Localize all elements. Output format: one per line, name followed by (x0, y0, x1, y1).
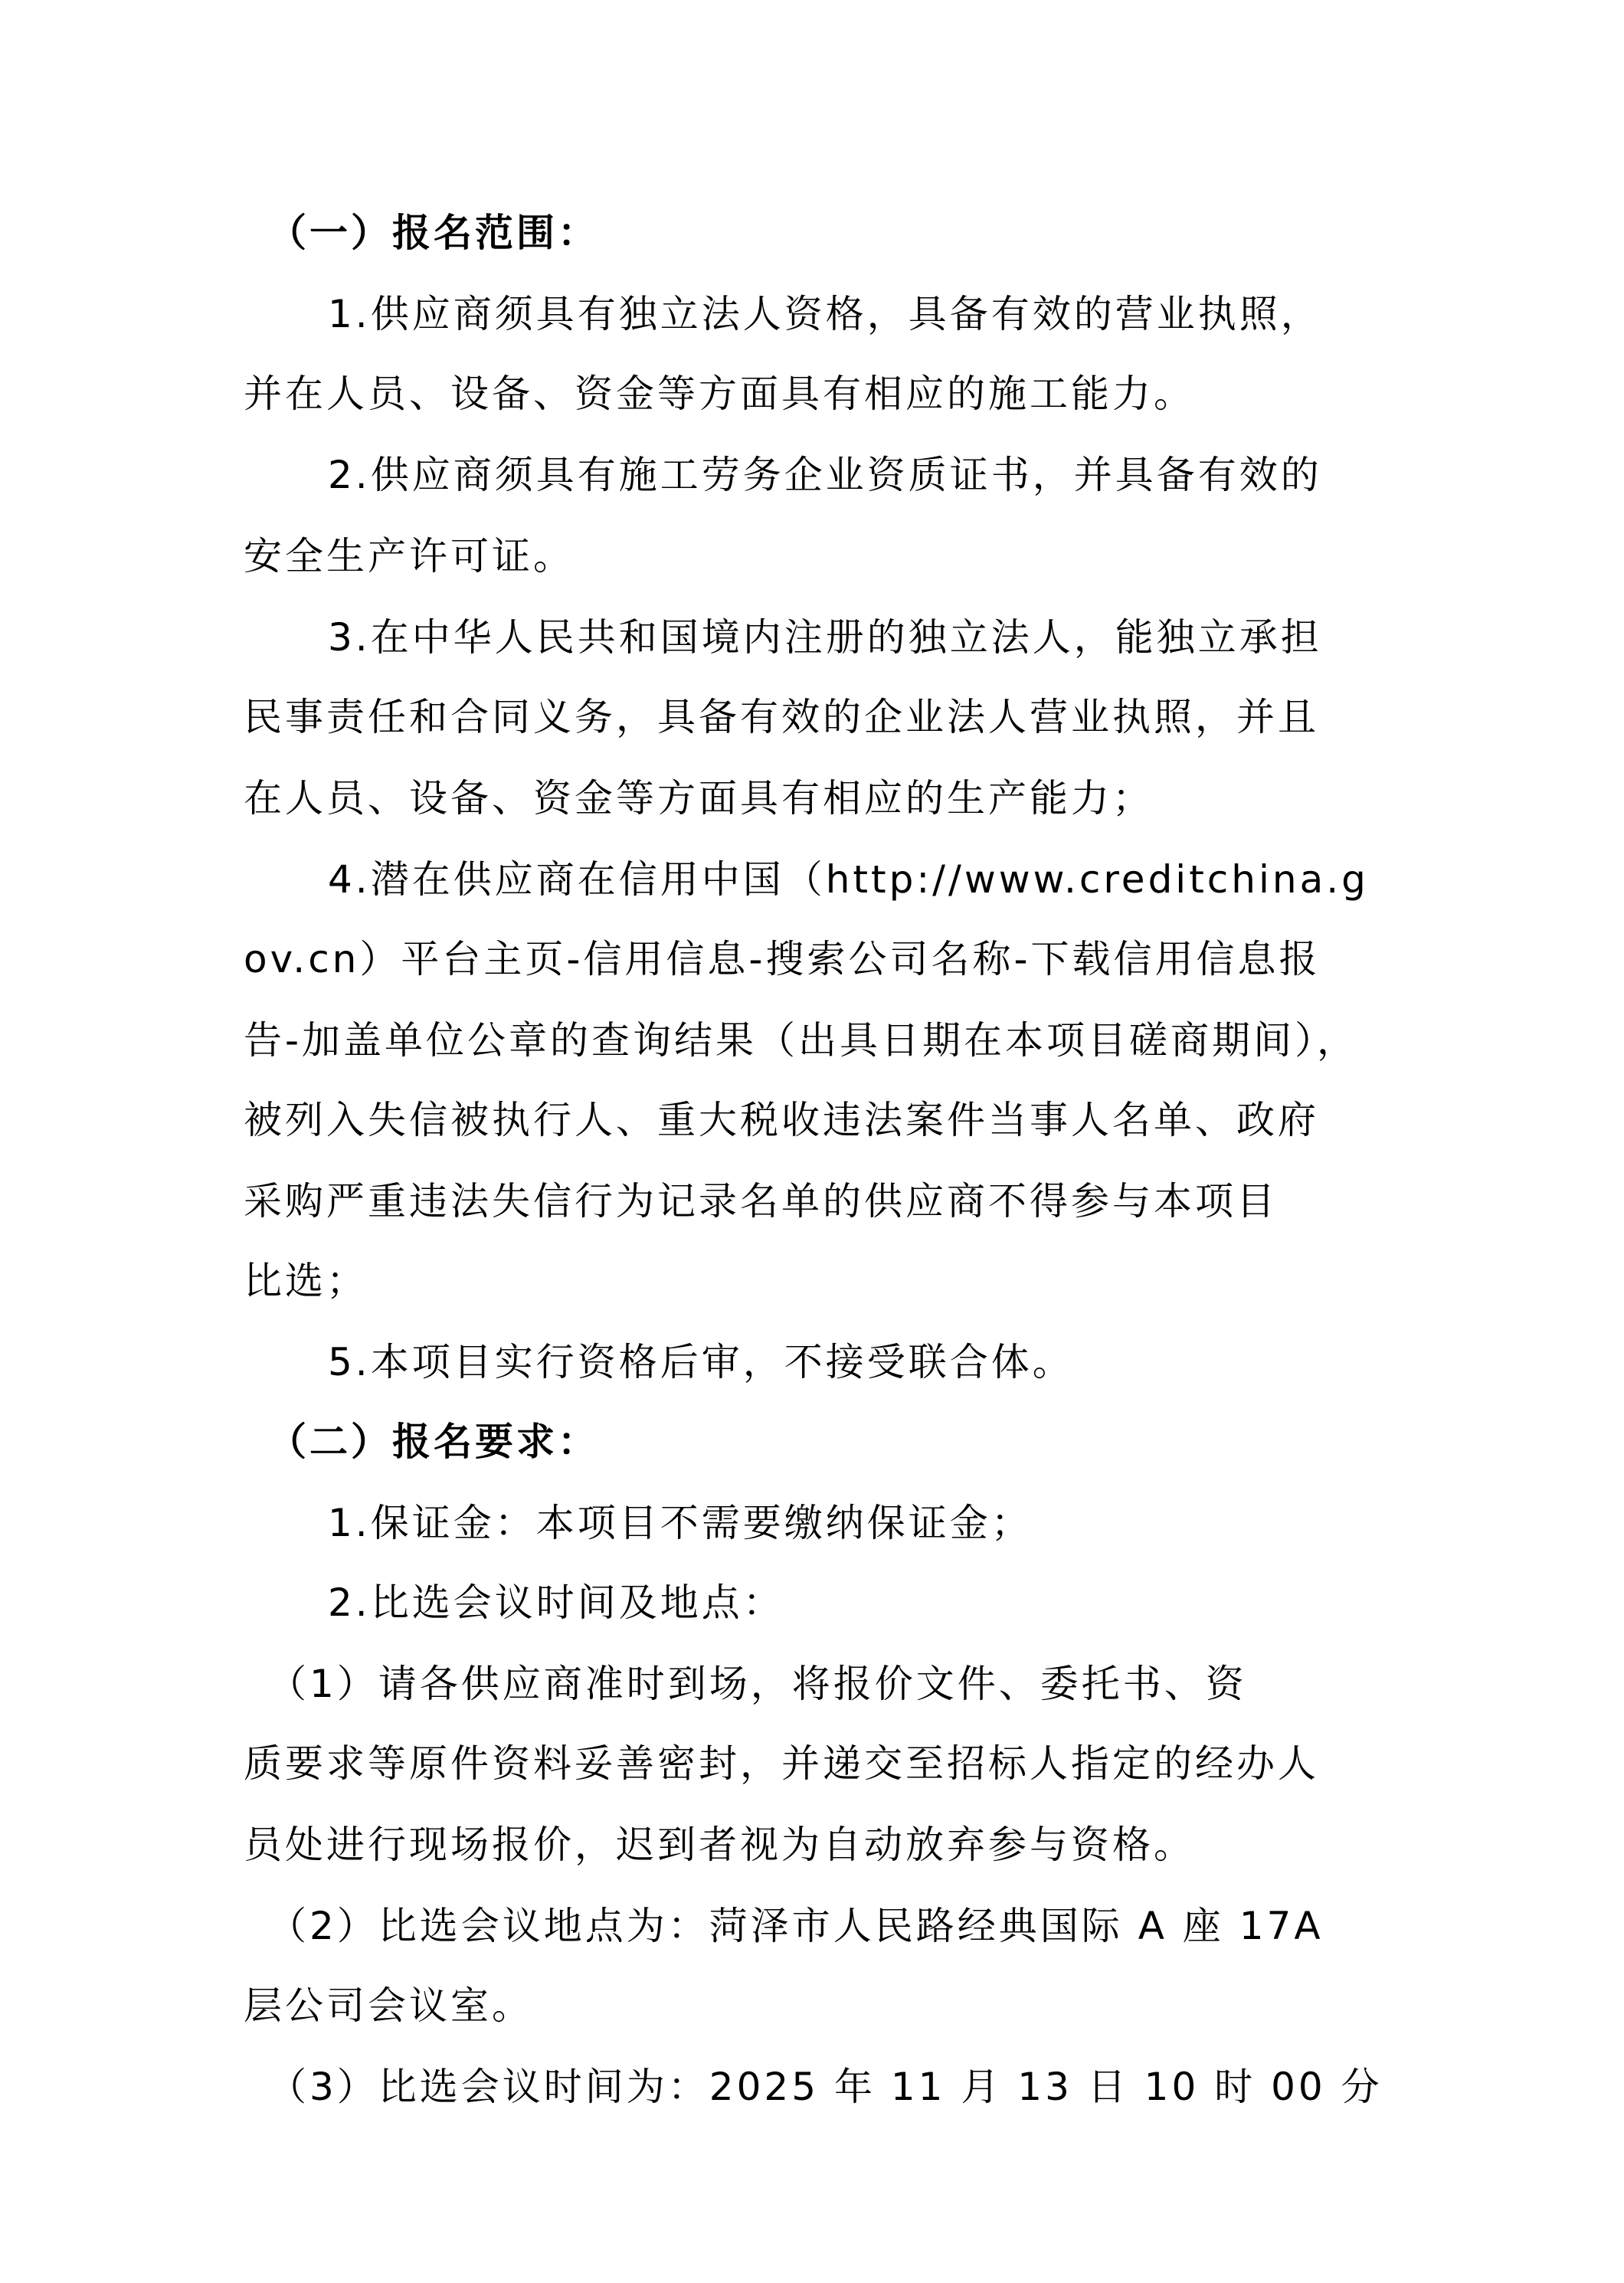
paragraph-line: 5.本项目实行资格后审，不接受联合体。 (328, 1339, 1074, 1385)
paragraph-line: 民事责任和合同义务，具备有效的企业法人营业执照，并且 (244, 694, 1319, 740)
paragraph-line: 1.保证金：本项目不需要缴纳保证金； (328, 1500, 1033, 1546)
paragraph-line: 安全生产许可证。 (244, 533, 575, 579)
paragraph-line: 在人员、设备、资金等方面具有相应的生产能力； (244, 775, 1154, 821)
paragraph-line: 4.潜在供应商在信用中国（http://www.creditchina.g (328, 857, 1369, 902)
section-heading-registration-requirements: （二）报名要求： (268, 1419, 599, 1465)
paragraph-line: （2）比选会议地点为：菏泽市人民路经典国际 A 座 17A (268, 1903, 1324, 1949)
paragraph-line: ov.cn）平台主页-信用信息-搜索公司名称-下载信用信息报 (244, 936, 1321, 982)
paragraph-line: 员处进行现场报价，迟到者视为自动放弃参与资格。 (244, 1822, 1195, 1868)
section-heading-registration-scope: （一）报名范围： (268, 210, 599, 256)
paragraph-line: 并在人员、设备、资金等方面具有相应的施工能力。 (244, 371, 1195, 417)
paragraph-line: 告-加盖单位公章的查询结果（出具日期在本项目磋商期间）， (244, 1017, 1358, 1063)
paragraph-line: （3）比选会议时间为：2025 年 11 月 13 日 10 时 00 分 (268, 2064, 1383, 2110)
paragraph-line: 1.供应商须具有独立法人资格，具备有效的营业执照， (328, 291, 1322, 337)
paragraph-line: 质要求等原件资料妥善密封，并递交至招标人指定的经办人 (244, 1741, 1319, 1787)
paragraph-line: 2.比选会议时间及地点： (328, 1580, 784, 1626)
document-page: （一）报名范围： 1.供应商须具有独立法人资格，具备有效的营业执照， 并在人员、… (0, 0, 1624, 2283)
paragraph-line: 3.在中华人民共和国境内注册的独立法人，能独立承担 (328, 614, 1322, 660)
paragraph-line: 比选； (244, 1258, 368, 1304)
paragraph-line: 2.供应商须具有施工劳务企业资质证书，并具备有效的 (328, 452, 1322, 498)
paragraph-line: （1）请各供应商准时到场，将报价文件、委托书、资 (268, 1661, 1247, 1707)
paragraph-line: 层公司会议室。 (244, 1983, 533, 2029)
paragraph-line: 被列入失信被执行人、重大税收违法案件当事人名单、政府 (244, 1097, 1319, 1143)
paragraph-line: 采购严重违法失信行为记录名单的供应商不得参与本项目 (244, 1178, 1278, 1224)
